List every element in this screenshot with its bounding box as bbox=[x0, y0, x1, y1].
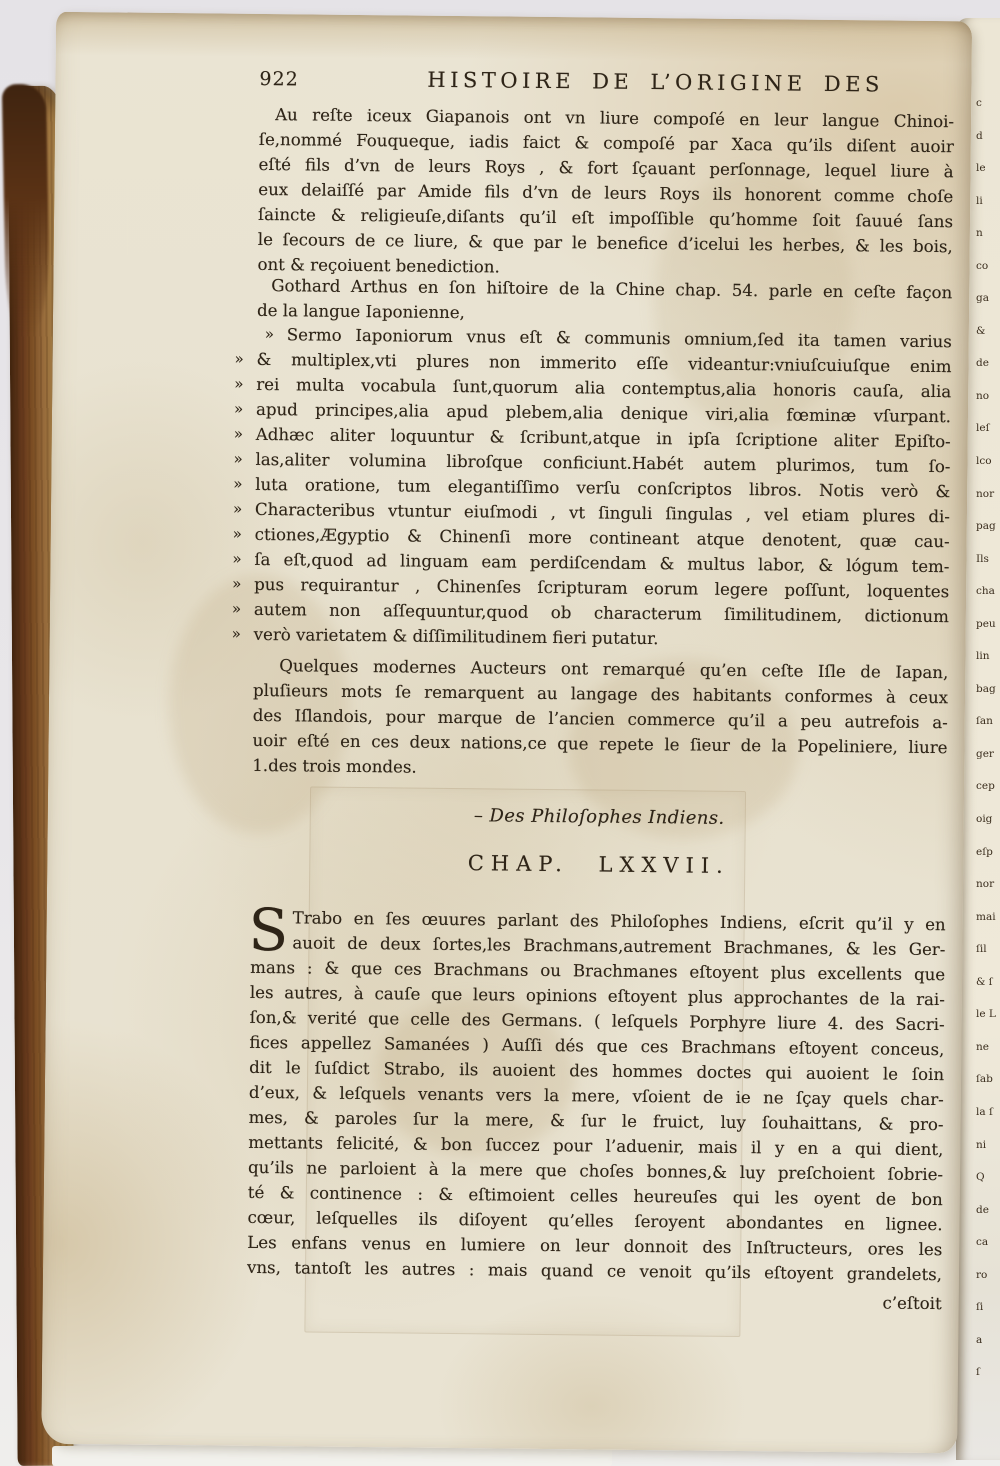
page-number: 922 bbox=[259, 68, 298, 90]
page-header: 922 HISTOIRE DE L’ORIGINE DES bbox=[259, 66, 954, 97]
edge-fragment: ne bbox=[976, 1042, 1000, 1053]
edge-fragment: co bbox=[976, 261, 1000, 272]
edge-fragment: le L bbox=[976, 1009, 1000, 1020]
edge-fragment: nor bbox=[976, 489, 1000, 500]
page-text: 922 HISTOIRE DE L’ORIGINE DES Au reſte i… bbox=[245, 14, 955, 1453]
drop-cap-initial: S bbox=[248, 906, 288, 954]
book-cover-edge bbox=[2, 84, 50, 335]
edge-fragment: ſi bbox=[976, 1302, 1000, 1313]
edge-fragment: cep bbox=[976, 781, 1000, 792]
paragraph-modern-authors: Quelques modernes Aucteurs ont remarqué … bbox=[252, 653, 948, 785]
edge-fragment: ſan bbox=[976, 716, 1000, 727]
edge-fragment: a bbox=[976, 1335, 1000, 1346]
edge-fragment: Q bbox=[976, 1172, 1000, 1183]
edge-fragment: de bbox=[976, 358, 1000, 369]
edge-fragment: ſil bbox=[976, 944, 1000, 955]
edge-fragment: ni bbox=[976, 1140, 1000, 1151]
paragraph-gothard-arthus: Gothard Arthus en ſon hiſtoire de la Chi… bbox=[257, 273, 952, 330]
edge-fragment: Ils bbox=[976, 554, 1000, 565]
edge-fragment: la ſ bbox=[976, 1107, 1000, 1118]
chapter-heading: CHAP. LXXVII. bbox=[251, 849, 946, 880]
edge-fragment: peu bbox=[976, 619, 1000, 630]
edge-fragment: nor bbox=[976, 879, 1000, 890]
edge-fragment: oig bbox=[976, 814, 1000, 825]
edge-fragment: c bbox=[976, 98, 1000, 109]
edge-fragment: ſab bbox=[976, 1074, 1000, 1085]
edge-fragment: ca bbox=[976, 1237, 1000, 1248]
edge-fragment: n bbox=[976, 228, 1000, 239]
edge-fragment: bag bbox=[976, 684, 1000, 695]
section-heading: – Des Philoſophes Indiens. bbox=[252, 803, 947, 831]
edge-fragment: lco bbox=[976, 456, 1000, 467]
edge-fragment: ſ bbox=[976, 1367, 1000, 1378]
edge-fragment: pag bbox=[976, 521, 1000, 532]
latin-quotation-block: Sermo Iaponiorum vnus eſt & communis omn… bbox=[254, 322, 952, 654]
catchword: c’eſtoit bbox=[247, 1287, 942, 1313]
edge-fragment: no bbox=[976, 391, 1000, 402]
edge-fragment: ro bbox=[976, 1270, 1000, 1281]
edge-fragment: cha bbox=[976, 586, 1000, 597]
edge-fragment: leſ bbox=[976, 423, 1000, 434]
edge-fragment: d bbox=[976, 131, 1000, 142]
edge-fragment: ger bbox=[976, 749, 1000, 760]
book-photo: cdlelincoga&denoleſlconorpagIlschapeulin… bbox=[0, 0, 1000, 1466]
book-page: 922 HISTOIRE DE L’ORIGINE DES Au reſte i… bbox=[41, 12, 972, 1454]
surface-below-page bbox=[52, 1446, 612, 1466]
edge-fragment: & ſ bbox=[976, 977, 1000, 988]
edge-fragment: & bbox=[976, 326, 1000, 337]
edge-fragment: lin bbox=[976, 651, 1000, 662]
edge-fragment: mai bbox=[976, 912, 1000, 923]
edge-fragment: eſp bbox=[976, 847, 1000, 858]
edge-fragment: le bbox=[976, 163, 1000, 174]
edge-fragment: ga bbox=[976, 293, 1000, 304]
edge-fragment: li bbox=[976, 196, 1000, 207]
paragraph-japan-book: Au reſte iceux Giapanois ont vn liure co… bbox=[257, 102, 954, 284]
paragraph-strabo-brachmans: S Trabo en ſes œuures parlant des Philoſ… bbox=[247, 905, 946, 1287]
running-title: HISTOIRE DE L’ORIGINE DES bbox=[299, 66, 955, 97]
edge-fragment: de bbox=[976, 1205, 1000, 1216]
